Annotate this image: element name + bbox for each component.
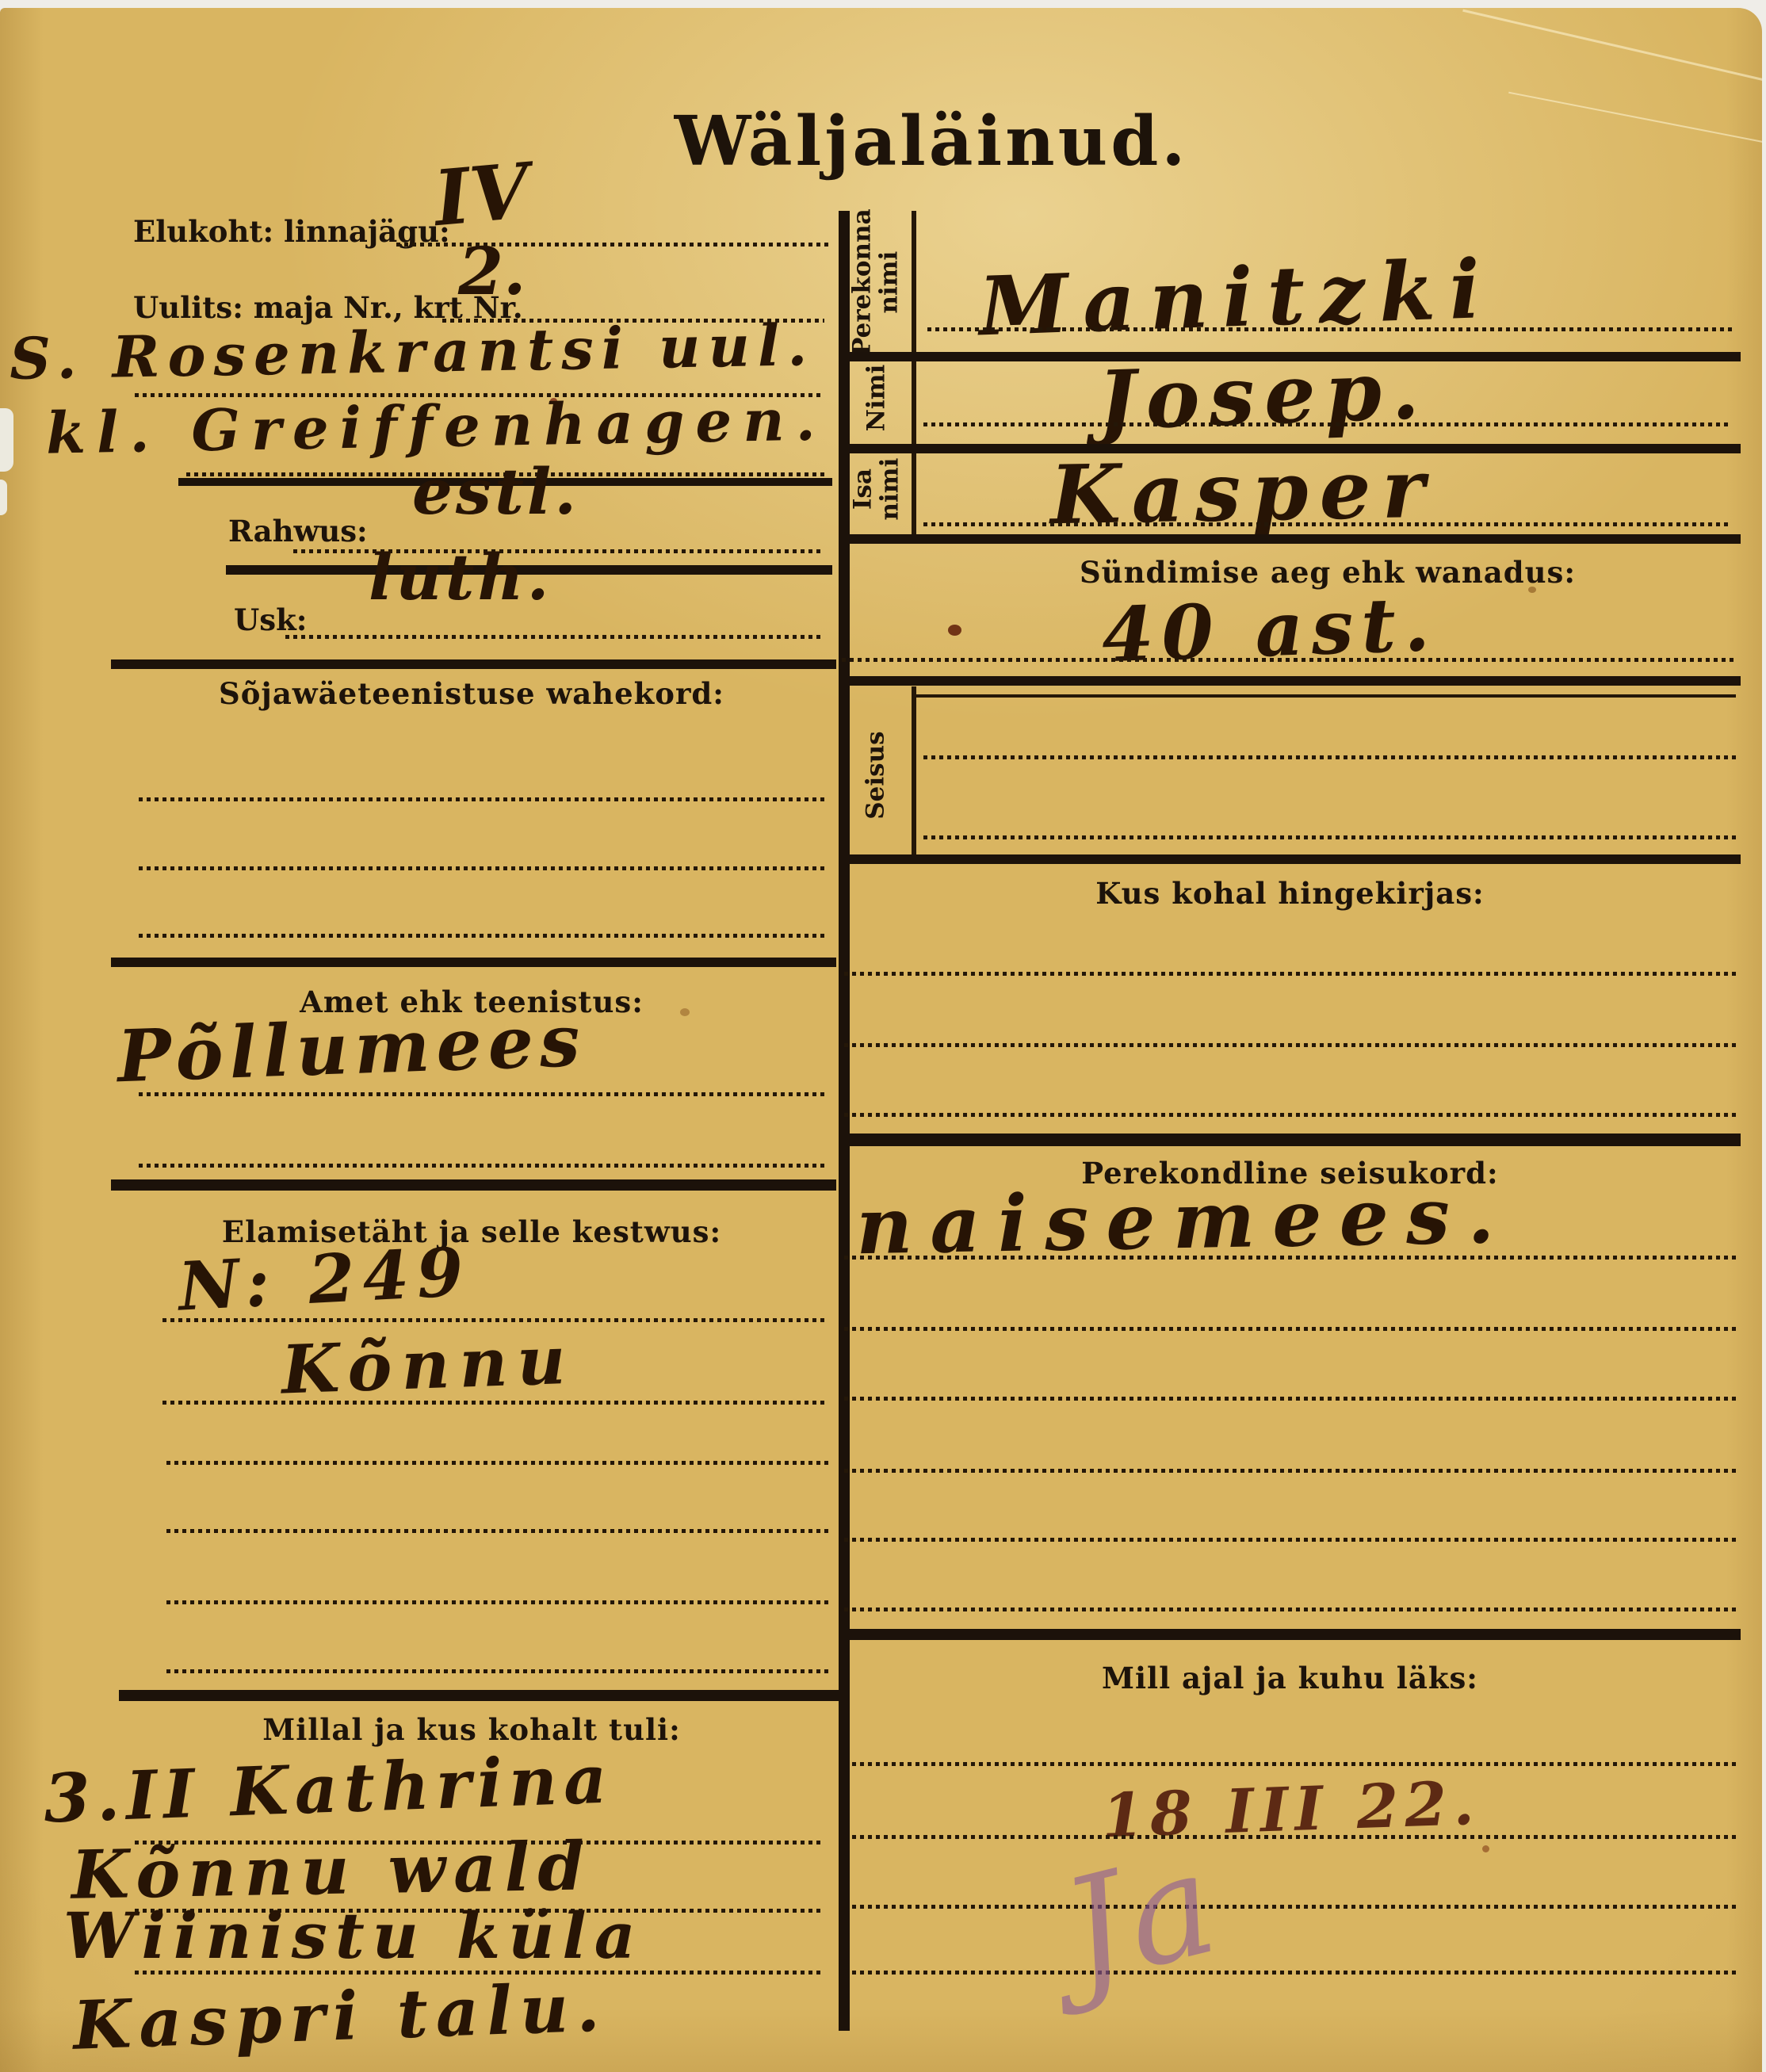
arrival-date-place-value: 3.II Kathrina: [43, 1745, 614, 1832]
arrival-heading: Millal ja kus kohalt tuli:: [111, 1712, 832, 1747]
arrival-farm-value: Kaspri talu.: [72, 1974, 609, 2059]
dotted-line: [844, 1043, 1736, 1047]
first-name-label: Nimi: [862, 365, 889, 432]
dotted-line: [844, 1397, 1736, 1401]
ink-stain: [948, 625, 961, 636]
dotted-line: [852, 1762, 1736, 1766]
residence-district-value: IV: [431, 153, 532, 237]
dotted-line: [844, 1256, 1736, 1260]
father-name-label-box: Isa nimi: [839, 444, 913, 534]
religion-label: Usk:: [234, 602, 307, 637]
apartment-number-value: 2.: [458, 239, 526, 304]
dotted-line: [844, 1538, 1736, 1542]
row-divider: [839, 534, 1741, 544]
dotted-line: [844, 1608, 1736, 1611]
military-service-heading: Sõjawäeteenistuse wahekord:: [111, 676, 832, 711]
status-label: Seisus: [862, 731, 889, 819]
dotted-line: [852, 1905, 1736, 1909]
dotted-line: [139, 934, 828, 938]
dotted-line: [844, 1469, 1736, 1473]
name-label-box: Nimi: [839, 352, 913, 444]
status-top-line: [916, 694, 1736, 698]
father-name-label: Isa nimi: [849, 458, 903, 521]
dotted-line: [852, 1971, 1736, 1975]
dotted-line: [844, 972, 1736, 976]
dotted-line: [162, 1318, 828, 1322]
residence-permit-heading: Elamisetäht ja selle kestwus:: [111, 1214, 832, 1249]
surname-label-box: Perekonna nimi: [839, 212, 913, 352]
section-divider: [119, 1690, 844, 1701]
torn-edge-patch: [0, 480, 7, 515]
dotted-line: [139, 866, 828, 870]
section-divider: [111, 1179, 836, 1191]
surname-value: Manitzki: [977, 249, 1496, 348]
religion-value: luth.: [369, 545, 552, 609]
dotted-line: [927, 327, 1732, 331]
section-divider: [839, 1629, 1741, 1640]
dotted-line: [923, 835, 1736, 839]
census-register-heading: Kus kohal hingekirjas:: [844, 876, 1736, 911]
page-title: Wäljaläinud.: [119, 101, 1744, 182]
torn-edge-patch: [0, 408, 13, 472]
paper-fleck: [1482, 1845, 1489, 1852]
permit-place-value: Kõnnu: [281, 1327, 576, 1404]
dotted-line: [852, 1835, 1736, 1839]
dotted-line: [923, 422, 1732, 426]
dotted-line: [166, 1669, 828, 1673]
corner-crease: [1462, 10, 1762, 89]
section-divider: [839, 676, 1741, 686]
dotted-line: [285, 635, 824, 639]
status-label-box: Seisus: [839, 694, 913, 856]
dotted-line: [842, 658, 1736, 662]
dotted-line: [166, 1529, 828, 1533]
street-name-value: S. Rosenkrantsi uul.: [9, 316, 815, 388]
street-name-value-2: kl. Greiffenhagen.: [45, 391, 827, 461]
nationality-value: estl.: [412, 460, 579, 523]
occupation-value: Põllumees: [117, 1005, 587, 1093]
permit-number-value: N: 249: [177, 1238, 472, 1320]
nationality-label: Rahwus:: [228, 514, 368, 549]
section-divider: [839, 1133, 1741, 1146]
dotted-line: [923, 755, 1736, 759]
dotted-line: [139, 1164, 828, 1168]
dotted-line: [166, 1600, 828, 1604]
section-divider: [839, 854, 1741, 864]
dotted-line: [844, 1113, 1736, 1117]
dotted-line: [923, 522, 1732, 526]
dotted-line: [162, 1401, 828, 1405]
surname-label: Perekonna nimi: [849, 208, 903, 356]
section-divider: [111, 659, 836, 669]
dotted-line: [166, 1461, 828, 1465]
arrival-village-value: Wiinistu küla: [63, 1904, 644, 1967]
arrival-parish-value: Kõnnu wald: [71, 1833, 592, 1908]
departure-heading: Mill ajal ja kuhu läks:: [844, 1661, 1736, 1695]
dotted-line: [139, 1092, 828, 1096]
dotted-line: [139, 797, 828, 801]
section-divider: [111, 958, 836, 967]
pencil-annotation: Ja: [1051, 1831, 1233, 2006]
first-name-value: Josep.: [1096, 350, 1430, 442]
family-status-value: naisemees.: [855, 1177, 1512, 1266]
document-card: Wäljaläinud. Elukoht: linnajägu: IV Uuli…: [0, 8, 1762, 2072]
dotted-line: [844, 1327, 1736, 1331]
